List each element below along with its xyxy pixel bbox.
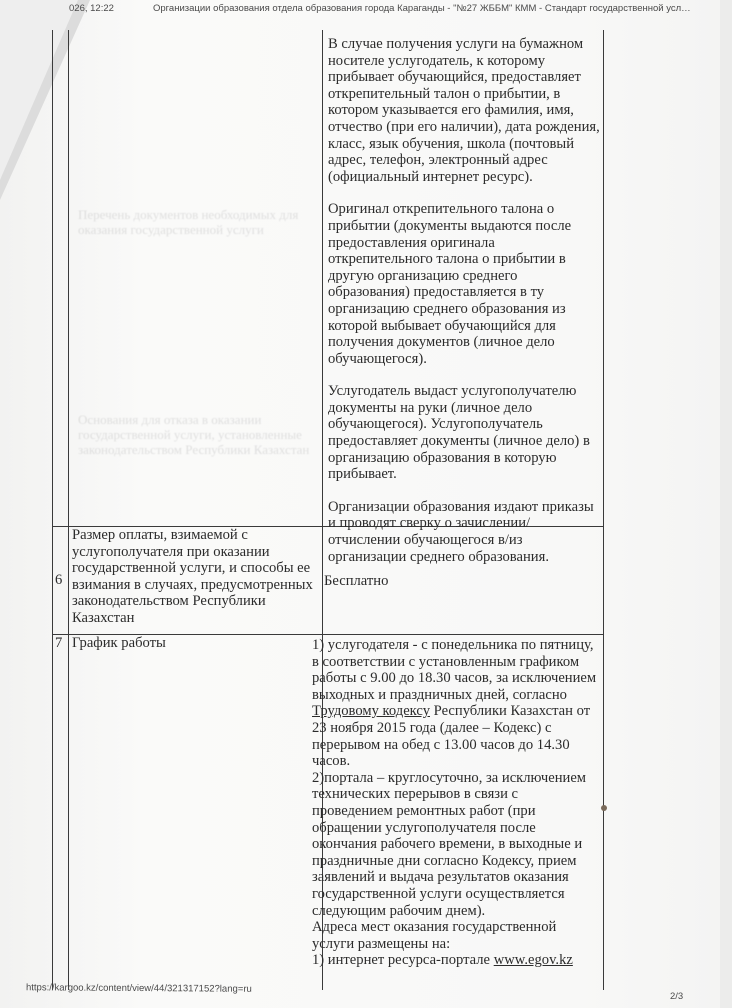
page-number: 2/3 [670,991,683,1002]
cell-paragraph: Оригинал открепительного талона о прибыт… [328,201,602,367]
schedule-text: 1) услугодателя - с понедельника по пятн… [312,637,596,703]
cell-paragraph: Организации образования издают приказы и… [328,499,602,565]
folded-corner-highlight [0,0,78,180]
print-page-title: Организации образования отдела образован… [153,3,713,14]
cell-paragraph: В случае получения услуги на бумажном но… [328,36,602,185]
row-value: Бесплатно [324,573,598,590]
schedule-paragraph: 1) услугодателя - с понедельника по пятн… [312,637,602,770]
row-label: Размер оплаты, взимаемой с услугополучат… [72,527,322,627]
table-cell-continued: В случае получения услуги на бумажном но… [328,36,602,565]
bleed-through-text: Основания для отказа в оказании государс… [78,412,318,457]
schedule-paragraph: 1) интернет ресурса-портале www.egov.kz [312,952,602,969]
row-value: 1) услугодателя - с понедельника по пятн… [312,637,602,969]
scan-speck [601,805,607,811]
row-number: 6 [55,572,62,589]
table-divider-number-column [68,30,69,990]
bleed-through-text: Перечень документов необходимых для оказ… [78,207,323,237]
egov-link[interactable]: www.egov.kz [494,952,573,968]
print-url: https://kargoo.kz/content/view/44/321317… [26,982,252,995]
row-label: График работы [72,635,322,652]
schedule-paragraph: 2)портала – круглосуточно, за исключение… [312,770,602,919]
table-border-left [52,30,53,990]
row-number: 7 [55,635,62,652]
schedule-text: 1) интернет ресурса-портале [312,952,494,968]
labor-code-link[interactable]: Трудовому кодексу [312,703,430,719]
scan-edge [720,0,732,1008]
cell-paragraph: Услугодатель выдаст услугополучателю док… [328,383,602,483]
schedule-paragraph: Адреса мест оказания государственной усл… [312,919,602,952]
table-border-right [603,30,604,990]
print-datetime: 026, 12:22 [69,3,114,14]
